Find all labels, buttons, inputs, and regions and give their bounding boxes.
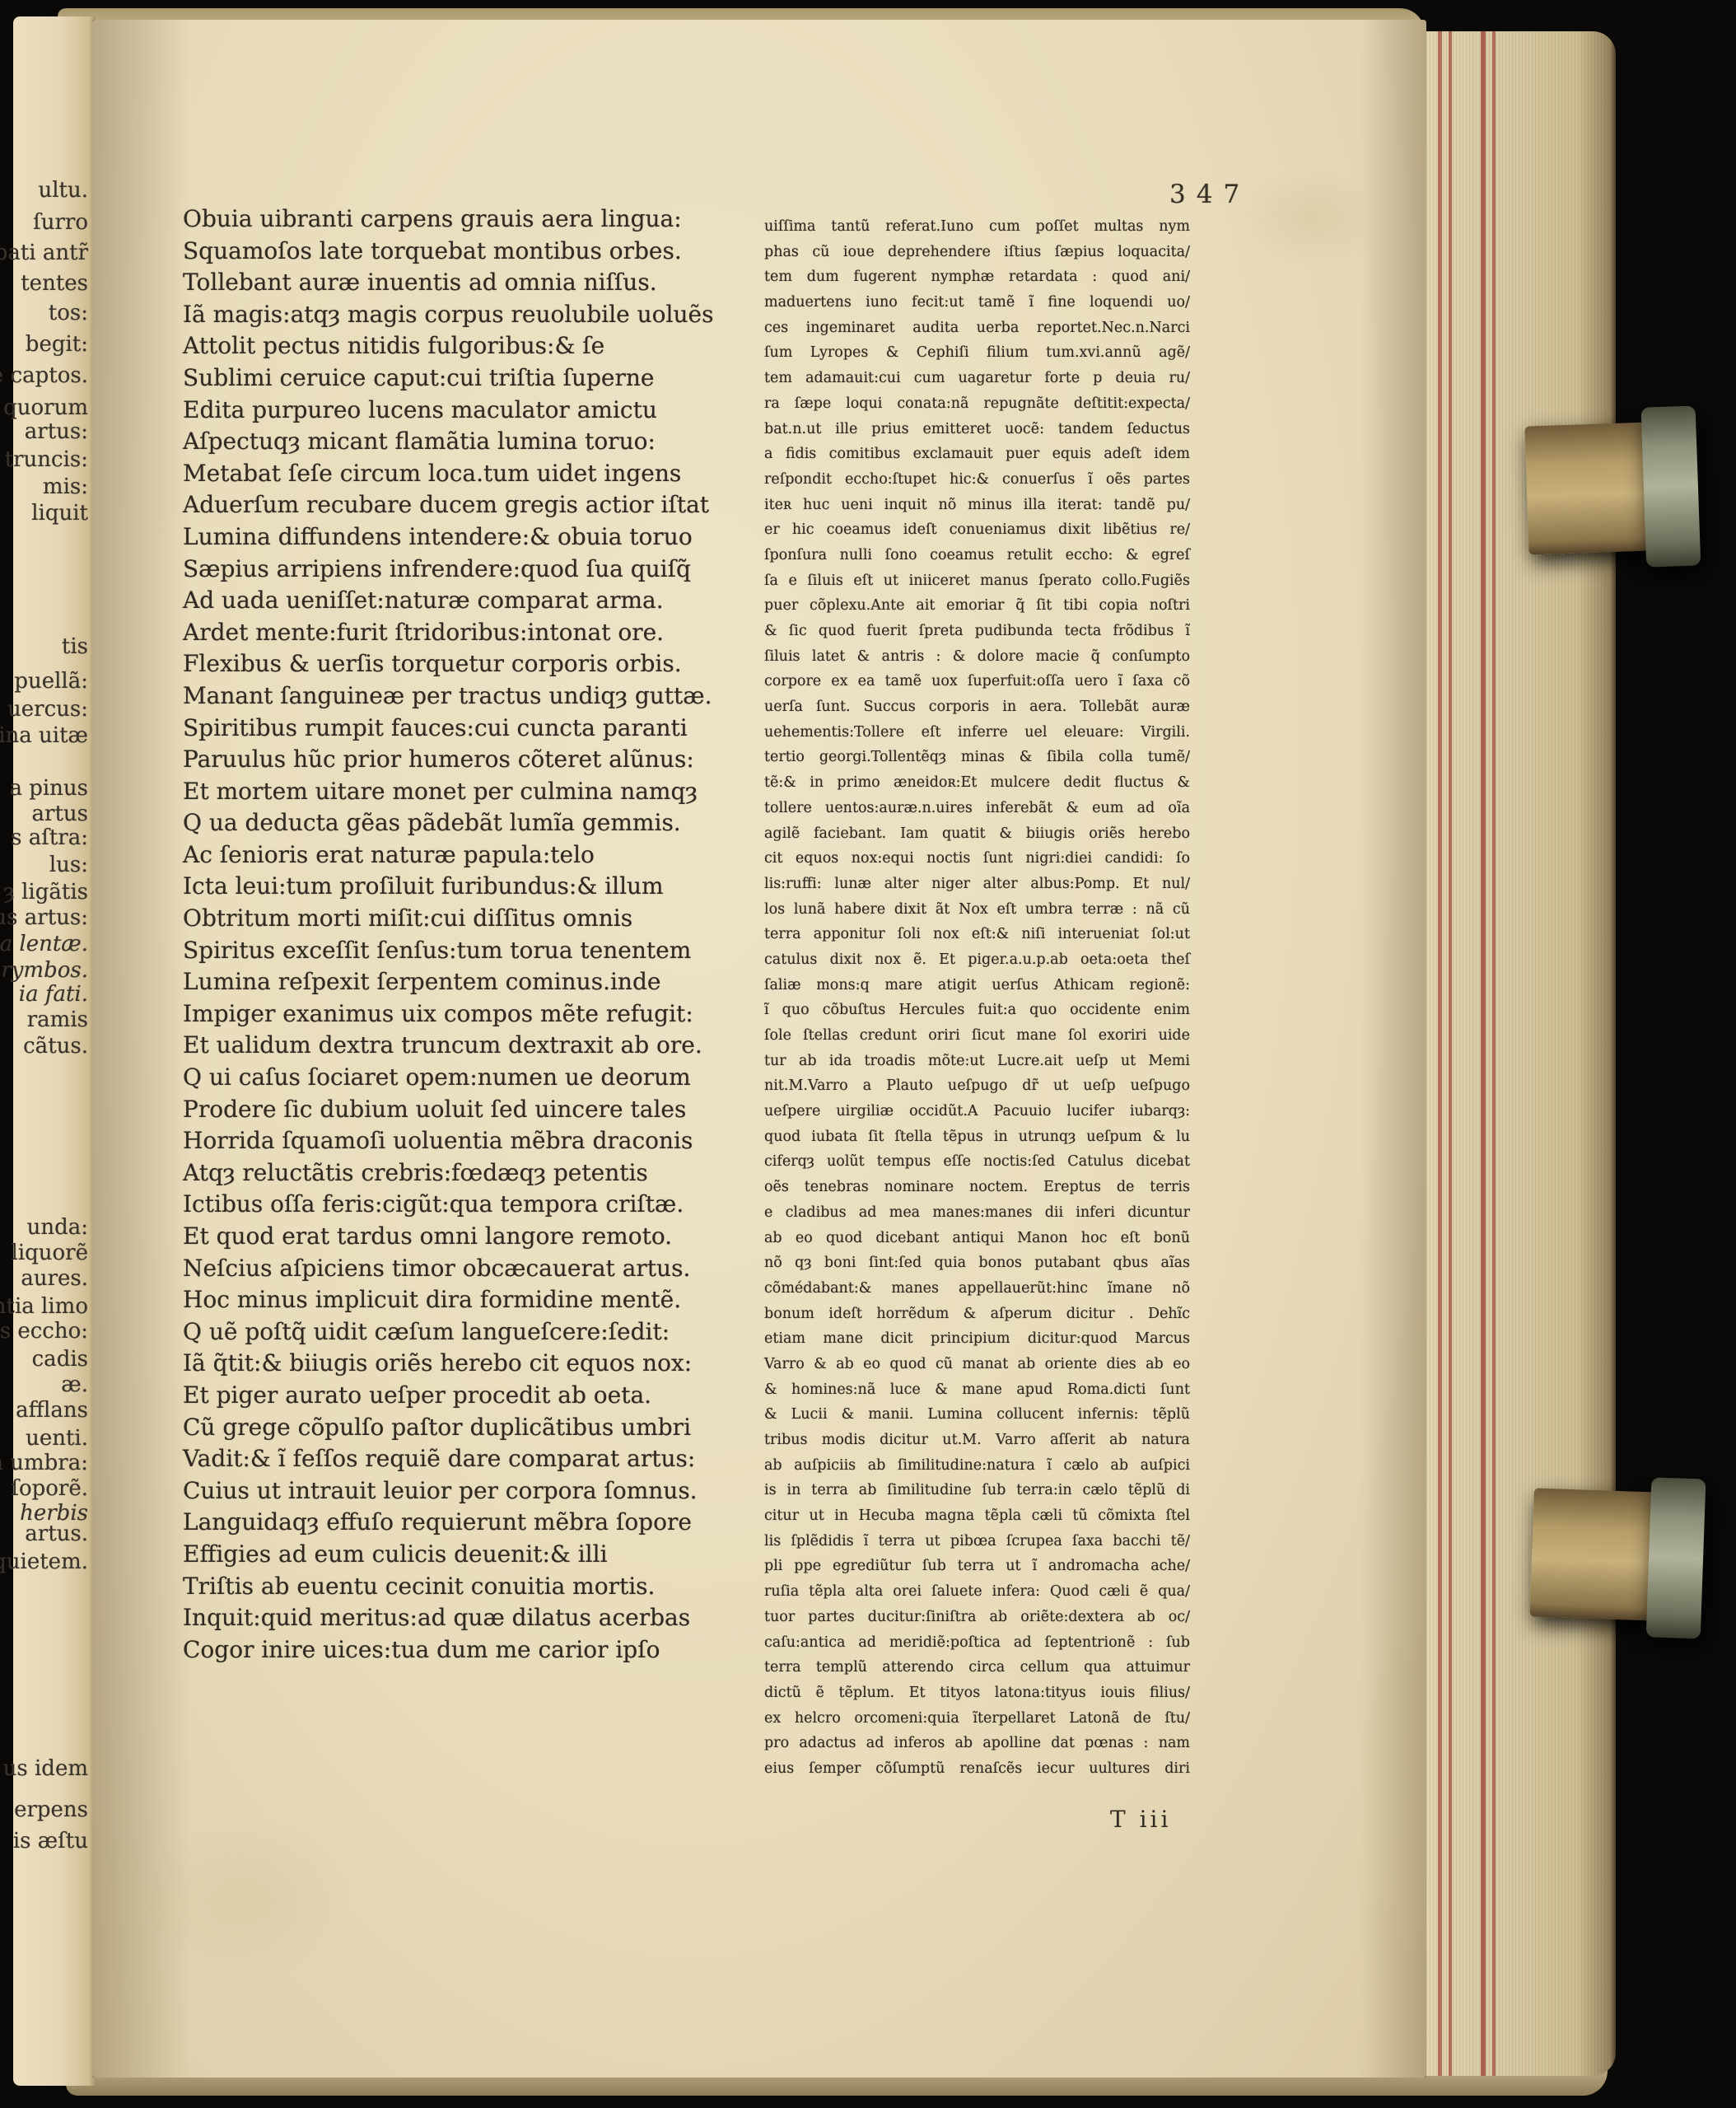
verse-line: Prodere ſic dubium uoluit ſed uincere ta… bbox=[183, 1094, 713, 1126]
verse-line: Manant ſanguineæ per tractus undiqȝ gutt… bbox=[183, 680, 713, 713]
commentary-line: uehementis:Tollere eſt inferre uel eleua… bbox=[764, 720, 1190, 746]
commentary-line: bat.n.ut ille prius emitteret uocẽ: tand… bbox=[764, 417, 1190, 442]
commentary-line: lis:ruffi: lunæ alter niger alter albus:… bbox=[764, 872, 1190, 897]
commentary-line: ſole ſtellas credunt oriri ſicut mane ſo… bbox=[764, 1023, 1190, 1049]
fore-edge-red-line bbox=[1438, 31, 1442, 2076]
facing-page-text-fragment: truncis: bbox=[5, 447, 88, 472]
commentary-line: tertio georgi.Tollentẽqȝ minas & ſibila … bbox=[764, 745, 1190, 770]
commentary-line: ex helcro orcomeni:quia ĩterpellaret Lat… bbox=[764, 1706, 1190, 1732]
verse-line: Q ui caſus ſociaret opem:numen ue deorum bbox=[183, 1062, 713, 1094]
commentary-line: pli ppe egrediũtur ſub terra ut ĩ androm… bbox=[764, 1554, 1190, 1579]
verse-line: Et quod erat tardus omni langore remoto. bbox=[183, 1221, 713, 1253]
facing-page-text-fragments: ultu.ſurropati antr̃tentestos:begit:e ca… bbox=[13, 16, 96, 2086]
facing-page-text-fragment: liquorẽ bbox=[12, 1241, 89, 1265]
commentary-line: ab auſpiciis ab ſimilitudine:natura ĩ cæ… bbox=[764, 1453, 1190, 1479]
facing-page-text-fragment: e captos. bbox=[0, 363, 88, 388]
facing-page-text-fragment: a pinus bbox=[9, 776, 88, 801]
commentary-line: tribus modis dicitur ut.M. Varro aſſerit… bbox=[764, 1428, 1190, 1453]
commentary-line: ciferqȝ uolũt tempus eſſe noctis:ſed Cat… bbox=[764, 1149, 1190, 1175]
facing-page-text-fragment: ȝ ligãtis bbox=[3, 880, 88, 904]
facing-page-text-fragment: unda: bbox=[27, 1215, 88, 1240]
facing-page-text-fragment: uercus: bbox=[7, 697, 88, 722]
verse-line: Inquit:quid meritus:ad quæ dilatus acerb… bbox=[183, 1602, 713, 1634]
verse-line: Vadit:& ĩ feſſos requiẽ dare comparat ar… bbox=[183, 1443, 713, 1475]
commentary-line: los lunã habere dixit ãt Nox eſt umbra t… bbox=[764, 897, 1190, 923]
verse-line: Spiritibus rumpit fauces:cui cuncta para… bbox=[183, 713, 713, 745]
commentary-line: tem dum fugerent nymphæ retardata : quod… bbox=[764, 264, 1190, 290]
commentary-line: tẽ:& in primo æneidoʀ:Et mulcere dedit f… bbox=[764, 770, 1190, 796]
commentary-line: bonum ideſt horrẽdum & aſperum dicitur .… bbox=[764, 1302, 1190, 1327]
book-clasp-top bbox=[1517, 399, 1709, 580]
facing-page-text-fragment: ſurro bbox=[33, 210, 88, 235]
verse-line: Et piger aurato ueſper procedit ab oeta. bbox=[183, 1380, 713, 1412]
commentary-line: Varro & ab eo quod cũ manat ab oriente d… bbox=[764, 1352, 1190, 1377]
verse-line: Et mortem uitare monet per culmina namqȝ bbox=[183, 776, 713, 808]
book-clasp-bottom bbox=[1522, 1466, 1714, 1652]
facing-page-text-fragment: tos: bbox=[49, 301, 88, 325]
facing-page-text-fragment: ris eccho: bbox=[0, 1319, 88, 1344]
book-photograph: ultu.ſurropati antr̃tentestos:begit:e ca… bbox=[0, 0, 1736, 2108]
commentary-line: agilẽ faciebant. Iam quatit & biiugis or… bbox=[764, 821, 1190, 847]
commentary-line: maduertens iuno fecit:ut tamẽ ĩ fine loq… bbox=[764, 290, 1190, 315]
facing-page-text-fragment: cadis bbox=[32, 1347, 88, 1372]
commentary-line: & ſic quod fuerit ſpreta pudibunda tecta… bbox=[764, 619, 1190, 644]
facing-page-text-fragment: rymbos. bbox=[1, 958, 88, 983]
facing-page-text-fragment: artus bbox=[32, 802, 88, 826]
clasp-metal-fitting bbox=[1646, 1477, 1706, 1638]
signature-mark: T iii bbox=[1110, 1806, 1171, 1833]
verse-line: Lumina reſpexit ſerpentem cominus.inde bbox=[183, 966, 713, 998]
commentary-line: is in terra ab ſimilitudine ſub terra:in… bbox=[764, 1478, 1190, 1503]
facing-page-text-fragment: uenti. bbox=[26, 1426, 88, 1451]
verse-line: Tollebant auræ inuentis ad omnia niſſus. bbox=[183, 267, 713, 299]
commentary-line: ſponſura nulli ſono coeamus retulit ecch… bbox=[764, 543, 1190, 568]
facing-page-text-fragment: pati antr̃ bbox=[0, 241, 88, 265]
commentary-line: nõ qȝ boni ſint:ſed quia bonos putabant … bbox=[764, 1250, 1190, 1276]
commentary-line: uiſſima tantũ referat.Iuno cum poſſet mu… bbox=[764, 214, 1190, 240]
commentary-line: eius ſemper cõſumptũ renaſcẽs iecur uult… bbox=[764, 1756, 1190, 1782]
paper-stain bbox=[142, 1816, 356, 1980]
fore-edge-page-stack bbox=[1426, 31, 1616, 2076]
commentary-line: ſum Lyropes & Cephiſi filium tum.xvi.ann… bbox=[764, 340, 1190, 366]
verse-line: Obuia uibranti carpens grauis aera lingu… bbox=[183, 203, 713, 236]
commentary-line: tem adamauit:cui cum uagaretur forte p d… bbox=[764, 366, 1190, 391]
commentary-line: uerſa ſunt. Succus corporis in aera. Tol… bbox=[764, 694, 1190, 720]
commentary-line: quod iubata ſit ſtella tẽpus in utrunqȝ … bbox=[764, 1124, 1190, 1150]
facing-page-text-fragment: a lentæ. bbox=[0, 932, 88, 956]
facing-page-text-fragment: erpens bbox=[14, 1797, 88, 1822]
verse-line: Ictibus oſſa feris:cigũt:qua tempora cri… bbox=[183, 1189, 713, 1221]
verse-line: Languidaqȝ effuſo requierunt mẽbra ſopor… bbox=[183, 1507, 713, 1539]
facing-page-text-fragment: æ. bbox=[61, 1372, 88, 1397]
facing-page-text-fragment: quietem. bbox=[0, 1549, 88, 1574]
verse-line: Atqȝ reluctãtis crebris:fœdæqȝ petentis bbox=[183, 1157, 713, 1190]
commentary-line: catulus dixit nox ẽ. Et piger.a.u.p.ab o… bbox=[764, 947, 1190, 973]
commentary-line: ĩ quo cõbuſtus Hercules fuit:a quo occid… bbox=[764, 998, 1190, 1023]
commentary-line: ces ingeminaret audita uerba reportet.Ne… bbox=[764, 315, 1190, 341]
verse-line: Hoc minus implicuit dira formidine mentẽ… bbox=[183, 1284, 713, 1316]
facing-page-text-fragment: s aſtra: bbox=[11, 825, 88, 850]
facing-page-text-fragment: ultu. bbox=[38, 178, 88, 203]
verse-line: Iã magis:atqȝ magis corpus reuolubile uo… bbox=[183, 299, 713, 331]
facing-page-text-fragment: quorum bbox=[3, 395, 88, 420]
commentary-line: etiam mane dicit principium dicitur:quod… bbox=[764, 1326, 1190, 1352]
commentary-line: lis ſplẽdidis ĩ terra ut pibœa ſcrupea ſ… bbox=[764, 1529, 1190, 1554]
commentary-line: tuor partes ducitur:ſiniſtra ab oriẽte:d… bbox=[764, 1605, 1190, 1630]
verse-line: Edita purpureo lucens maculator amictu bbox=[183, 395, 713, 427]
book-page: 347 Obuia uibranti carpens grauis aera l… bbox=[92, 20, 1426, 2078]
commentary-line: reſpondit eccho:ſtupet hic:& conuerſus ĩ… bbox=[764, 467, 1190, 493]
facing-page-text-fragment: ntia limo bbox=[0, 1294, 88, 1319]
commentary-line: caſu:antica ad meridiẽ:poſtica ad ſepten… bbox=[764, 1630, 1190, 1656]
verse-line: Attolit pectus nitidis fulgoribus:& ſe bbox=[183, 330, 713, 362]
facing-page-text-fragment: us idem bbox=[3, 1756, 88, 1781]
fore-edge-shadow bbox=[1360, 20, 1426, 2078]
commentary-line: nit.M.Varro a Plauto ueſpugo dr̃ ut ueſp… bbox=[764, 1073, 1190, 1099]
verse-line: Iã q̃tit:& biiugis oriẽs herebo cit equo… bbox=[183, 1348, 713, 1380]
commentary-column: uiſſima tantũ referat.Iuno cum poſſet mu… bbox=[764, 214, 1190, 1782]
verse-line: Ad uada ueniſſet:naturæ comparat arma. bbox=[183, 585, 713, 617]
facing-page-text-fragment: cãtus. bbox=[23, 1034, 88, 1059]
verse-line: Et ualidum dextra truncum dextraxit ab o… bbox=[183, 1030, 713, 1062]
facing-page-text-fragment: aures. bbox=[21, 1266, 88, 1291]
verse-column: Obuia uibranti carpens grauis aera lingu… bbox=[183, 203, 713, 1666]
paper-stain bbox=[1237, 168, 1385, 267]
facing-page-text-fragment: lus: bbox=[49, 853, 88, 877]
clasp-metal-fitting bbox=[1641, 405, 1701, 567]
verse-line: Ardet mente:furit ſtridoribus:intonat or… bbox=[183, 617, 713, 649]
commentary-line: tur ab ida troadis mõte:ut Lucre.ait ueſ… bbox=[764, 1049, 1190, 1074]
facing-page-text-fragment: in umbra: bbox=[0, 1451, 88, 1475]
facing-page-text-fragment: liquit bbox=[31, 501, 88, 526]
commentary-line: tollere uentos:auræ.n.uires inferebãt & … bbox=[764, 796, 1190, 821]
verse-line: Triſtis ab euentu cecinit conuitia morti… bbox=[183, 1571, 713, 1603]
verse-line: Spiritus exceſſit ſenſus:tum torua tenen… bbox=[183, 935, 713, 967]
verse-line: Aduerſum recubare ducem gregis actior iſ… bbox=[183, 489, 713, 521]
fore-edge-red-line bbox=[1481, 31, 1486, 2076]
verse-line: Cogor inire uices:tua dum me carior ipſo bbox=[183, 1634, 713, 1666]
facing-page-text-fragment: mis: bbox=[43, 474, 88, 499]
commentary-line: a fidis comitibus exclamauit puer equis … bbox=[764, 442, 1190, 467]
verse-line: Sæpius arripiens infrendere:quod ſua qui… bbox=[183, 554, 713, 586]
commentary-line: cõmédabant:& manes appellauerũt:hinc ĩma… bbox=[764, 1276, 1190, 1302]
verse-line: Cũ grege cõpulſo paſtor duplicãtibus umb… bbox=[183, 1412, 713, 1444]
verse-line: Aſpectuqȝ micant flamãtia lumina toruo: bbox=[183, 426, 713, 458]
commentary-line: e cladibus ad mea manes:manes dii inferi… bbox=[764, 1200, 1190, 1226]
commentary-line: ſa e ſiluis eſt ut iniiceret manus ſpera… bbox=[764, 568, 1190, 594]
commentary-line: & Lucii & manii. Lumina collucent infern… bbox=[764, 1402, 1190, 1428]
verse-line: Neſcius aſpiciens timor obcæcauerat artu… bbox=[183, 1253, 713, 1285]
commentary-line: iteʀ huc ueni inquit nõ minus illa itera… bbox=[764, 493, 1190, 518]
fore-edge-red-line bbox=[1492, 31, 1496, 2076]
facing-page-text-fragment: puellã: bbox=[14, 669, 88, 694]
commentary-line: ruſia tẽpla alta orei ſaluete infera: Qu… bbox=[764, 1579, 1190, 1605]
facing-page-text-fragment: artus. bbox=[25, 1521, 88, 1546]
facing-page-text-fragment: tentes bbox=[21, 271, 88, 296]
commentary-line: phas cũ ioue deprehendere iſtius ſæpius … bbox=[764, 240, 1190, 265]
verse-line: Ac ſenioris erat naturæ papula:telo bbox=[183, 839, 713, 872]
facing-page-edge: ultu.ſurropati antr̃tentestos:begit:e ca… bbox=[13, 16, 96, 2086]
commentary-line: terra apponitur ſoli nox eſt:& niſi inte… bbox=[764, 922, 1190, 947]
facing-page-text-fragment: ina uitæ bbox=[0, 723, 88, 748]
verse-line: Impiger exanimus uix compos mẽte refugit… bbox=[183, 998, 713, 1031]
verse-line: Metabat ſeſe circum loca.tum uidet ingen… bbox=[183, 458, 713, 490]
commentary-line: ab eo quod dicebant antiqui Manon hoc eſ… bbox=[764, 1226, 1190, 1251]
facing-page-text-fragment: tis bbox=[62, 634, 88, 659]
verse-line: Q uẽ poſtq̃ uidit cæſum langueſcere:ſedi… bbox=[183, 1316, 713, 1348]
fore-edge-red-line bbox=[1449, 31, 1452, 2076]
folio-number: 347 bbox=[1169, 180, 1250, 209]
commentary-line: ueſpere uirgiliæ occidũt.A Pacuuio lucif… bbox=[764, 1099, 1190, 1124]
facing-page-text-fragment: us artus: bbox=[0, 905, 88, 930]
commentary-line: citur ut in Hecuba magna tẽpla cæli tũ c… bbox=[764, 1503, 1190, 1529]
facing-page-text-fragment: begit: bbox=[26, 332, 88, 357]
commentary-line: terra templũ atterendo circa cellum qua … bbox=[764, 1655, 1190, 1680]
facing-page-text-fragment: ia fati. bbox=[19, 982, 88, 1007]
facing-page-text-fragment: ſoporẽ. bbox=[11, 1476, 88, 1501]
verse-line: Icta leui:tum proſiluit furibundus:& ill… bbox=[183, 871, 713, 903]
clasp-strap bbox=[1524, 422, 1654, 554]
commentary-line: oẽs tenebras nominare noctem. Ereptus de… bbox=[764, 1175, 1190, 1200]
commentary-line: corpore ex ea tamẽ uox ſuperfuit:oſſa ue… bbox=[764, 669, 1190, 694]
verse-line: Squamoſos late torquebat montibus orbes. bbox=[183, 236, 713, 268]
commentary-line: dictũ ẽ tẽplum. Et tityos latona:tityus … bbox=[764, 1680, 1190, 1706]
verse-line: Obtritum morti miſit:cui diſſitus omnis bbox=[183, 903, 713, 935]
commentary-line: pro adactus ad inferos ab apolline dat p… bbox=[764, 1731, 1190, 1756]
verse-line: Q ua deducta gẽas pãdebãt lumĩa gemmis. bbox=[183, 807, 713, 839]
facing-page-text-fragment: ramis bbox=[27, 1007, 88, 1032]
clasp-strap bbox=[1530, 1488, 1659, 1620]
verse-line: Effigies ad eum culicis deuenit:& illi bbox=[183, 1539, 713, 1571]
commentary-line: ra ſæpe loqui conata:nã repugnãte deſtit… bbox=[764, 391, 1190, 417]
commentary-line: ſaliæ mons:q mare atigit uerſus Athicam … bbox=[764, 973, 1190, 998]
facing-page-text-fragment: afflans bbox=[16, 1398, 88, 1423]
verse-line: Paruulus hũc prior humeros cõteret alũnu… bbox=[183, 744, 713, 776]
verse-line: Sublimi ceruice caput:cui triſtia ſupern… bbox=[183, 362, 713, 395]
facing-page-text-fragment: artus: bbox=[25, 419, 88, 444]
commentary-line: ſiluis latet & antris : & dolore macie q… bbox=[764, 644, 1190, 670]
gutter-shadow bbox=[92, 20, 191, 2078]
facing-page-text-fragment: is æſtu bbox=[13, 1829, 88, 1853]
commentary-line: & homines:nã luce & mane apud Roma.dicti… bbox=[764, 1377, 1190, 1403]
verse-line: Cuius ut intrauit leuior per corpora ſom… bbox=[183, 1475, 713, 1507]
verse-line: Horrida ſquamoſi uoluentia mẽbra draconi… bbox=[183, 1125, 713, 1157]
commentary-line: puer cõplexu.Ante ait emoriar q̃ ſit tib… bbox=[764, 593, 1190, 619]
commentary-line: cit equos nox:equi noctis ſunt nigri:die… bbox=[764, 846, 1190, 872]
commentary-line: er hic coeamus ideſt conueniamus dixit l… bbox=[764, 517, 1190, 543]
verse-line: Lumina diffundens intendere:& obuia toru… bbox=[183, 521, 713, 554]
verse-line: Flexibus & uerſis torquetur corporis orb… bbox=[183, 648, 713, 680]
